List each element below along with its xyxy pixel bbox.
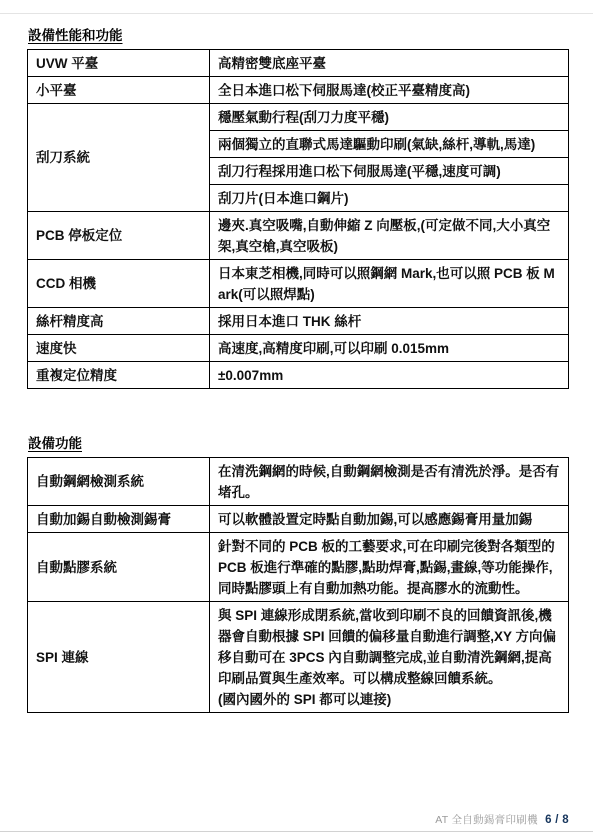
row-label-cell: 刮刀系統 (28, 104, 210, 212)
section-title-functions: 設備功能 (28, 435, 568, 453)
row-value-cell: 高精密雙底座平臺 (210, 50, 569, 77)
page-bottom-edge (0, 831, 593, 832)
row-value-cell: 可以軟體設置定時點自動加錫,可以感應錫膏用量加錫 (210, 506, 569, 533)
row-label-cell: 自動加錫自動檢測錫膏 (28, 506, 210, 533)
table-row: UVW 平臺 高精密雙底座平臺 (28, 50, 569, 77)
spi-description: 與 SPI 連線形成閉系統,當收到印刷不良的回饋資訊後,機器會自動根據 SPI … (218, 605, 560, 689)
row-label-cell: 重複定位精度 (28, 362, 210, 389)
footer: AT 全自動錫膏印刷機 6 / 8 (435, 812, 569, 827)
row-label-cell: PCB 停板定位 (28, 212, 210, 260)
row-label-cell: 速度快 (28, 335, 210, 362)
performance-table: UVW 平臺 高精密雙底座平臺 小平臺 全日本進口松下伺服馬達(校正平臺精度高)… (27, 49, 569, 389)
table-row: 自動鋼網檢測系統 在清洗鋼網的時候,自動鋼網檢測是否有清洗於淨。是否有堵孔。 (28, 458, 569, 506)
table-row: 自動加錫自動檢測錫膏 可以軟體設置定時點自動加錫,可以感應錫膏用量加錫 (28, 506, 569, 533)
table-row: 絲杆精度高 採用日本進口 THK 絲杆 (28, 308, 569, 335)
page-top-edge (0, 13, 593, 14)
row-value-cell: 穩壓氣動行程(刮刀力度平穩) (210, 104, 569, 131)
table-row: 刮刀系統 穩壓氣動行程(刮刀力度平穩) (28, 104, 569, 131)
table-row: 速度快 高速度,高精度印刷,可以印刷 0.015mm (28, 335, 569, 362)
spi-note: (國內國外的 SPI 都可以連接) (218, 689, 560, 710)
footer-page-number: 6 / 8 (545, 814, 569, 826)
row-value-cell: 高速度,高精度印刷,可以印刷 0.015mm (210, 335, 569, 362)
row-value-cell: 與 SPI 連線形成閉系統,當收到印刷不良的回饋資訊後,機器會自動根據 SPI … (210, 602, 569, 713)
row-value-cell: 在清洗鋼網的時候,自動鋼網檢測是否有清洗於淨。是否有堵孔。 (210, 458, 569, 506)
row-label-cell: CCD 相機 (28, 260, 210, 308)
row-value-cell: 針對不同的 PCB 板的工藝要求,可在印刷完後對各類型的 PCB 板進行準確的點… (210, 533, 569, 602)
row-value-cell: ±0.007mm (210, 362, 569, 389)
row-label-cell: 小平臺 (28, 77, 210, 104)
row-value-cell: 日本東芝相機,同時可以照鋼網 Mark,也可以照 PCB 板 Mark(可以照焊… (210, 260, 569, 308)
table-row: 重複定位精度 ±0.007mm (28, 362, 569, 389)
table-row: SPI 連線 與 SPI 連線形成閉系統,當收到印刷不良的回饋資訊後,機器會自動… (28, 602, 569, 713)
table-row: PCB 停板定位 邊夾.真空吸嘴,自動伸縮 Z 向壓板,(可定做不同,大小真空架… (28, 212, 569, 260)
row-value-cell: 刮刀行程採用進口松下伺服馬達(平穩,速度可調) (210, 158, 569, 185)
row-label-cell: SPI 連線 (28, 602, 210, 713)
row-value-cell: 全日本進口松下伺服馬達(校正平臺精度高) (210, 77, 569, 104)
table-row: 自動點膠系統 針對不同的 PCB 板的工藝要求,可在印刷完後對各類型的 PCB … (28, 533, 569, 602)
document-page: 設備性能和功能 UVW 平臺 高精密雙底座平臺 小平臺 全日本進口松下伺服馬達(… (27, 27, 568, 713)
section-title-performance: 設備性能和功能 (28, 27, 568, 45)
row-label-cell: 自動鋼網檢測系統 (28, 458, 210, 506)
row-value-cell: 採用日本進口 THK 絲杆 (210, 308, 569, 335)
footer-brand: AT 全自動錫膏印刷機 (435, 814, 538, 826)
functions-table: 自動鋼網檢測系統 在清洗鋼網的時候,自動鋼網檢測是否有清洗於淨。是否有堵孔。 自… (27, 457, 569, 713)
row-label-cell: UVW 平臺 (28, 50, 210, 77)
row-label-cell: 絲杆精度高 (28, 308, 210, 335)
table-row: 小平臺 全日本進口松下伺服馬達(校正平臺精度高) (28, 77, 569, 104)
row-value-cell: 兩個獨立的直聯式馬達驅動印刷(氣缺,絲杆,導軌,馬達) (210, 131, 569, 158)
row-label-cell: 自動點膠系統 (28, 533, 210, 602)
row-value-cell: 刮刀片(日本進口鋼片) (210, 185, 569, 212)
row-value-cell: 邊夾.真空吸嘴,自動伸縮 Z 向壓板,(可定做不同,大小真空架,真空槍,真空吸板… (210, 212, 569, 260)
table-row: CCD 相機 日本東芝相機,同時可以照鋼網 Mark,也可以照 PCB 板 Ma… (28, 260, 569, 308)
